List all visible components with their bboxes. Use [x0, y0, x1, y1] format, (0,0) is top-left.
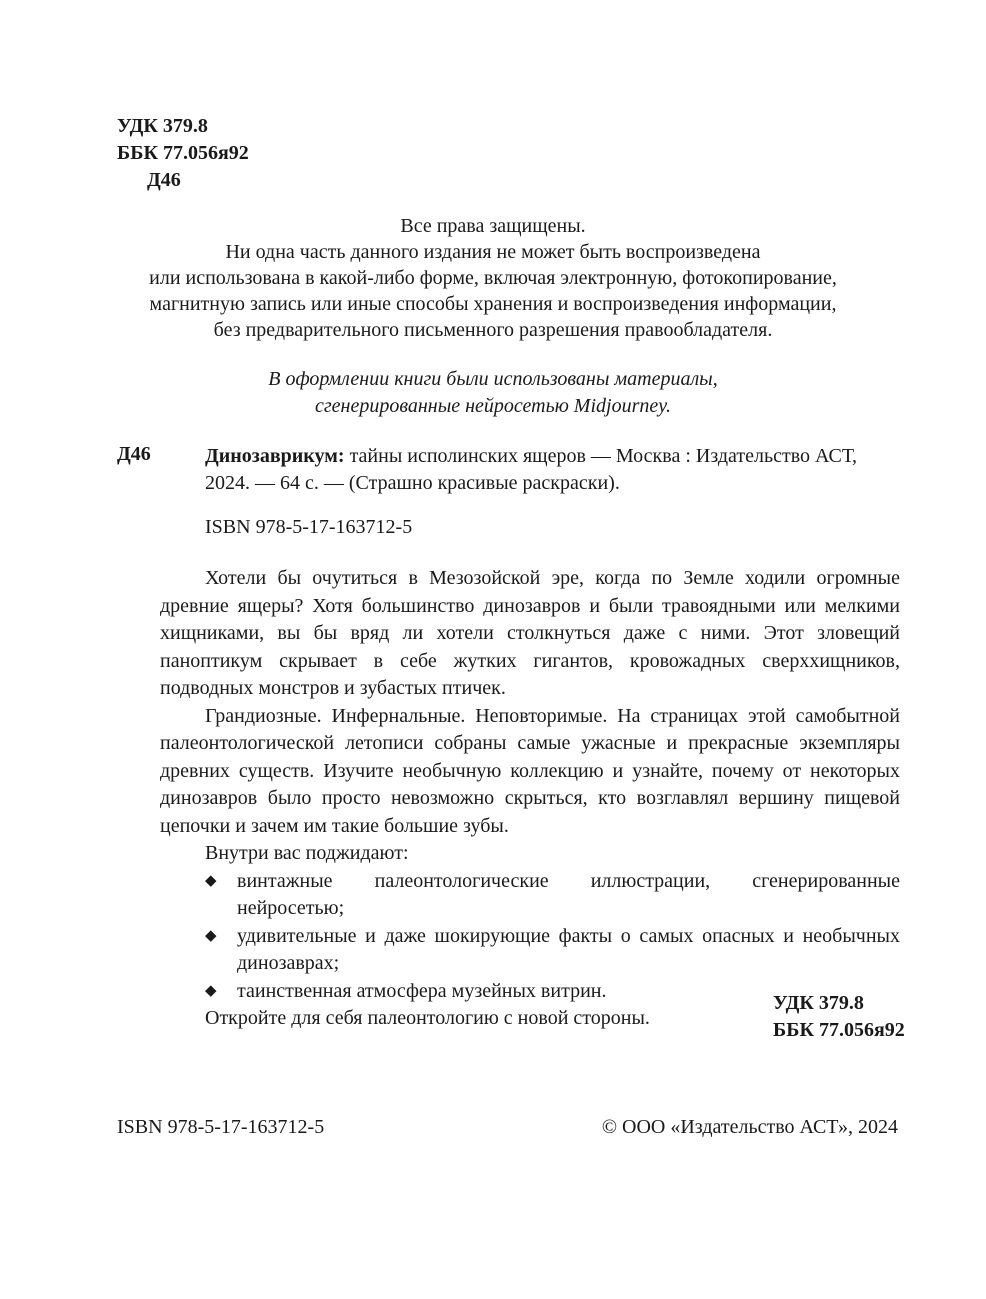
annotation-paragraph: Грандиозные. Инфернальные. Неповторимые.… — [160, 703, 900, 841]
udk-code: УДК 379.8 — [773, 990, 905, 1017]
copyright: © ООО «Издательство АСТ», 2024 — [602, 1116, 898, 1139]
isbn-record: ISBN 978-5-17-163712-5 — [205, 516, 412, 539]
annotation: Хотели бы очутиться в Мезозойской эре, к… — [160, 565, 900, 1033]
rights-line: магнитную запись или иные способы хранен… — [0, 291, 986, 317]
list-item: ◆удивительные и даже шокирующие факты о … — [205, 923, 900, 978]
author-mark: Д46 — [117, 167, 249, 194]
footer-isbn: ISBN 978-5-17-163712-5 — [117, 1116, 324, 1139]
biblio-code: Д46 — [117, 443, 151, 466]
design-note-line: В оформлении книги были использованы мат… — [0, 366, 986, 393]
diamond-bullet-icon: ◆ — [205, 923, 217, 951]
rights-line: без предварительного письменного разреше… — [0, 317, 986, 343]
feature-list: ◆винтажные палеонтологические иллюстраци… — [160, 868, 900, 1006]
design-note: В оформлении книги были использованы мат… — [0, 366, 986, 420]
design-note-line: сгенерированные нейросетью Midjourney. — [0, 393, 986, 420]
classification-codes: УДК 379.8 ББК 77.056я92 Д46 — [117, 113, 249, 194]
diamond-bullet-icon: ◆ — [205, 978, 217, 1006]
bbk-code: ББК 77.056я92 — [773, 1017, 905, 1044]
rights-notice: Все права защищены. Ни одна часть данног… — [0, 213, 986, 343]
diamond-bullet-icon: ◆ — [205, 868, 217, 896]
udk-code: УДК 379.8 — [117, 113, 249, 140]
list-item: ◆винтажные палеонтологические иллюстраци… — [205, 868, 900, 923]
annotation-paragraph: Хотели бы очутиться в Мезозойской эре, к… — [160, 565, 900, 703]
book-title: Динозаврикум: — [205, 445, 345, 467]
bbk-code: ББК 77.056я92 — [117, 140, 249, 167]
list-intro: Внутри вас поджидают: — [160, 840, 900, 868]
rights-line: Все права защищены. — [0, 213, 986, 239]
classification-codes-right: УДК 379.8 ББК 77.056я92 — [773, 990, 905, 1044]
rights-line: Ни одна часть данного издания не может б… — [0, 239, 986, 265]
rights-line: или использована в какой-либо форме, вкл… — [0, 265, 986, 291]
bibliographic-record: Динозаврикум: тайны исполинских ящеров —… — [160, 443, 890, 497]
